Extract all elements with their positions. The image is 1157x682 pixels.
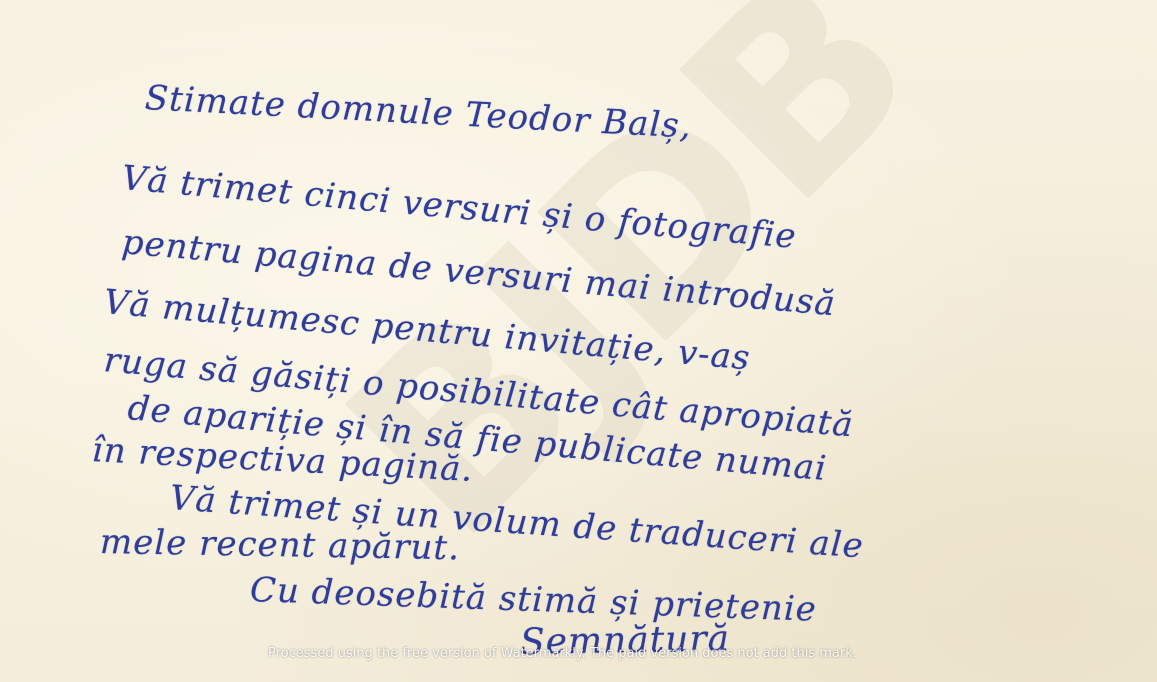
watermarkly-footer-notice: Processed using the free version of Wate…	[268, 646, 857, 661]
letter-line: mele recent apărut.	[100, 522, 461, 568]
